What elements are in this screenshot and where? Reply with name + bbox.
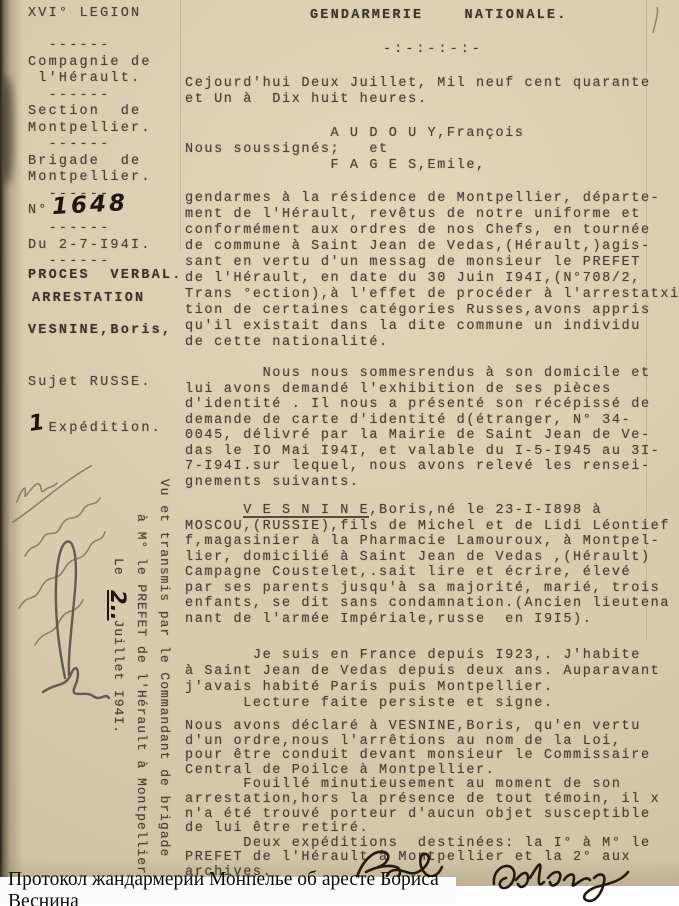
expedition-count: 1: [27, 410, 46, 437]
page-background: XVI° LEGION ------ Compagnie de l'Héraul…: [0, 0, 679, 906]
vesnine-underline: [243, 516, 369, 518]
unit-lines: ------ Compagnie de l'Hérault. ------ Se…: [28, 38, 152, 203]
paragraph-identity-check: Nous nous sommesrendus à son domicile et…: [185, 366, 660, 490]
paragraph-date-time: Cejourd'hui Deux Juillet, Mil neuf cent …: [185, 76, 651, 108]
case-number-label: N°: [28, 203, 49, 220]
legion-heading: XVI° LEGION: [28, 6, 141, 23]
paragraph-statement: Je suis en France depuis I923,. J'habite…: [185, 648, 660, 712]
photo-caption: Протокол жандармерии Монпелье об аресте …: [0, 877, 456, 904]
arrestation-label: ARRESTATION: [32, 291, 145, 308]
subject-nationality: Sujet RUSSE.: [28, 375, 152, 392]
gendarmerie-title: GENDARMERIE NATIONALE.: [310, 8, 568, 25]
pencil-annotations: [5, 460, 145, 720]
document-photo: XVI° LEGION ------ Compagnie de l'Héraul…: [0, 0, 679, 886]
photo-edge-smudge: [0, 78, 13, 183]
audouy-signature: [482, 850, 632, 906]
pen-tick-mark: [645, 5, 665, 37]
date-lines: ------ Du 2-7-I94I. ------: [28, 221, 152, 271]
expedition-label: Expédition.: [28, 421, 162, 438]
paragraph-mission: gendarmes à la résidence de Montpellier,…: [185, 191, 679, 351]
case-number-value: 1648: [51, 190, 128, 220]
paragraph-vesnine-details: V E S N I N E,Boris,né le 23-I-I898 à MO…: [185, 503, 670, 627]
subject-name: VESNINE,Boris,: [28, 323, 172, 340]
proces-verbal-label: PROCES VERBAL.: [28, 268, 183, 285]
paragraph-signatories: A U D O U Y,François Nous soussignés; et…: [185, 126, 525, 174]
pencil-signature: [43, 542, 109, 698]
paper-crease-left: [180, 0, 181, 250]
title-divider: -:-:-:-:-: [383, 42, 483, 57]
